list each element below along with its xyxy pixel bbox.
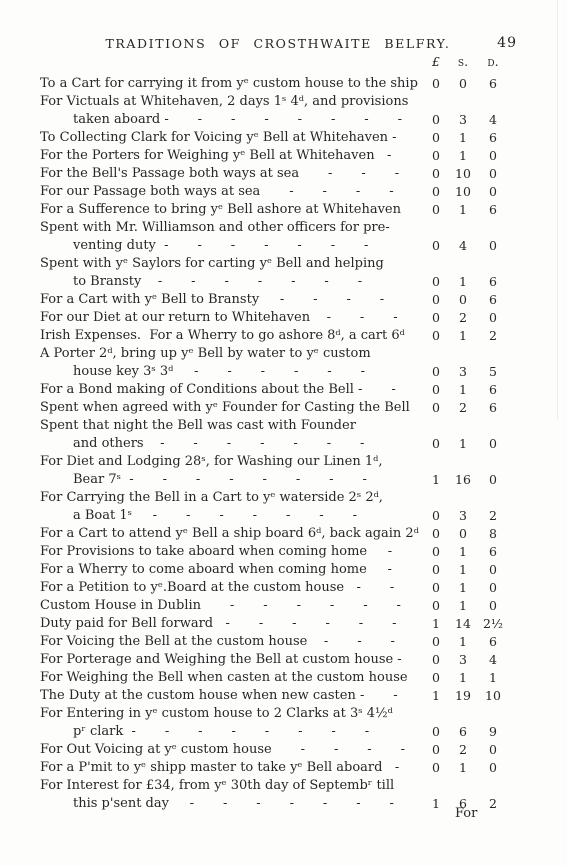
amount-pounds: 0 (424, 723, 448, 741)
ledger-entry: For Entering in yᵉ custom house to 2 Cla… (40, 705, 508, 741)
entry-line: Spent with Mr. Williamson and other offi… (40, 219, 424, 237)
ledger-entry: For the Porters for Weighing yᵉ Bell at … (40, 147, 508, 165)
amount-pence: 9 (478, 723, 508, 741)
ledger-entry: For Diet and Lodging 28ˢ, for Washing ou… (40, 453, 508, 489)
amount-pence: 0 (478, 183, 508, 201)
ledger-entry: For Carrying the Bell in a Cart to yᵉ wa… (40, 489, 508, 525)
pence-column-header: d. (478, 54, 508, 70)
amount-shillings: 6 (448, 723, 478, 741)
entry-line: For the Bell's Passage both ways at sea … (40, 165, 424, 183)
page-number: 49 (497, 35, 517, 51)
amount-pence: 0 (478, 759, 508, 777)
amount-pounds: 0 (424, 633, 448, 651)
ledger-entry: For our Diet at our return to Whitehaven… (40, 309, 508, 327)
entry-line: this p'sent day - - - - - - - (40, 795, 424, 813)
entry-line: For our Diet at our return to Whitehaven… (40, 309, 424, 327)
amount-pounds: 0 (424, 741, 448, 759)
amount-pounds: 1 (424, 615, 448, 633)
amount-shillings: 3 (448, 363, 478, 381)
amount-shillings: 1 (448, 381, 478, 399)
shillings-column-header: s. (448, 54, 478, 70)
entry-line: Bear 7ˢ - - - - - - - - (40, 471, 424, 489)
entry-line: Custom House in Dublin - - - - - - (40, 597, 424, 615)
amount-pence: 4 (478, 651, 508, 669)
entry-line: a Boat 1ˢ - - - - - - - (40, 507, 424, 525)
entry-line: venting duty - - - - - - - (40, 237, 424, 255)
amount-shillings: 4 (448, 237, 478, 255)
amount-shillings: 3 (448, 507, 478, 525)
amount-shillings: 10 (448, 165, 478, 183)
amount-shillings: 10 (448, 183, 478, 201)
entry-line: For Carrying the Bell in a Cart to yᵉ wa… (40, 489, 424, 507)
amount-pounds: 0 (424, 183, 448, 201)
amount-shillings: 1 (448, 543, 478, 561)
amount-pence: 0 (478, 237, 508, 255)
entry-line: For Voicing the Bell at the custom house… (40, 633, 424, 651)
ledger-entry: Spent with yᵉ Saylors for carting yᵉ Bel… (40, 255, 508, 291)
entry-line: For Victuals at Whitehaven, 2 days 1ˢ 4ᵈ… (40, 93, 424, 111)
amount-shillings: 1 (448, 669, 478, 687)
amount-pence: 0 (478, 597, 508, 615)
entry-line: For a Cart to attend yᵉ Bell a ship boar… (40, 525, 424, 543)
ledger-entry: To a Cart for carrying it from yᵉ custom… (40, 75, 508, 93)
ledger-entry: Irish Expenses. For a Wherry to go ashor… (40, 327, 508, 345)
amount-pounds: 0 (424, 75, 448, 93)
amount-shillings: 2 (448, 741, 478, 759)
amount-shillings: 3 (448, 111, 478, 129)
amount-pounds: 0 (424, 651, 448, 669)
amount-pounds: 0 (424, 129, 448, 147)
amount-shillings: 1 (448, 327, 478, 345)
amount-shillings: 1 (448, 759, 478, 777)
amount-pounds: 0 (424, 579, 448, 597)
amount-shillings: 14 (448, 615, 478, 633)
ledger-entry: For a Cart with yᵉ Bell to Bransty - - -… (40, 291, 508, 309)
entry-line: For Out Voicing at yᵉ custom house - - -… (40, 741, 424, 759)
amount-pounds: 0 (424, 525, 448, 543)
amount-shillings: 0 (448, 525, 478, 543)
ledger-entry: For a Bond making of Conditions about th… (40, 381, 508, 399)
amount-pounds: 0 (424, 363, 448, 381)
entry-line: house key 3ˢ 3ᵈ - - - - - - (40, 363, 424, 381)
amount-pence: 0 (478, 471, 508, 489)
amount-pence: 10 (478, 687, 508, 705)
amount-shillings: 1 (448, 579, 478, 597)
ledger-entry: For Interest for £34, from yᵉ 30th day o… (40, 777, 508, 813)
running-title: TRADITIONS OF CROSTHWAITE BELFRY. (58, 36, 498, 51)
money-column-headers: £ s. d. (40, 54, 508, 70)
amount-pounds: 1 (424, 795, 448, 813)
amount-shillings: 1 (448, 633, 478, 651)
entry-line: For a Bond making of Conditions about th… (40, 381, 424, 399)
catchword: For (455, 806, 477, 821)
amount-pence: 6 (478, 291, 508, 309)
entry-line: For a Petition to yᵉ.Board at the custom… (40, 579, 424, 597)
ledger-entry: A Porter 2ᵈ, bring up yᵉ Bell by water t… (40, 345, 508, 381)
amount-shillings: 19 (448, 687, 478, 705)
amount-shillings: 1 (448, 201, 478, 219)
amount-shillings: 1 (448, 273, 478, 291)
amount-pence: 0 (478, 561, 508, 579)
ledger-entry: For our Passage both ways at sea - - - -… (40, 183, 508, 201)
entry-line: taken aboard - - - - - - - - (40, 111, 424, 129)
amount-pence: 0 (478, 147, 508, 165)
ledger-entry: Duty paid for Bell forward - - - - - -11… (40, 615, 508, 633)
entry-line: For the Porters for Weighing yᵉ Bell at … (40, 147, 424, 165)
amount-pence: 0 (478, 741, 508, 759)
amount-pounds: 0 (424, 669, 448, 687)
amount-shillings: 2 (448, 399, 478, 417)
amount-shillings: 1 (448, 129, 478, 147)
ledger-rows: To a Cart for carrying it from yᵉ custom… (40, 75, 508, 813)
amount-pounds: 0 (424, 381, 448, 399)
amount-pounds: 0 (424, 147, 448, 165)
entry-line: To Collecting Clark for Voicing yᵉ Bell … (40, 129, 424, 147)
amount-pence: 2 (478, 327, 508, 345)
amount-shillings: 16 (448, 471, 478, 489)
book-page: TRADITIONS OF CROSTHWAITE BELFRY. 49 £ s… (0, 0, 567, 866)
entry-line: Duty paid for Bell forward - - - - - - (40, 615, 424, 633)
entry-line: and others - - - - - - - (40, 435, 424, 453)
entry-line: For a Cart with yᵉ Bell to Bransty - - -… (40, 291, 424, 309)
ledger-entry: Spent with Mr. Williamson and other offi… (40, 219, 508, 255)
amount-pounds: 0 (424, 201, 448, 219)
amount-pounds: 1 (424, 471, 448, 489)
amount-pounds: 0 (424, 561, 448, 579)
amount-pence: 2 (478, 795, 508, 813)
amount-pence: 8 (478, 525, 508, 543)
ledger-entry: To Collecting Clark for Voicing yᵉ Bell … (40, 129, 508, 147)
ledger-entry: For Voicing the Bell at the custom house… (40, 633, 508, 651)
ledger-entry: For Out Voicing at yᵉ custom house - - -… (40, 741, 508, 759)
amount-pence: 0 (478, 435, 508, 453)
amount-pounds: 0 (424, 309, 448, 327)
entry-line: For Diet and Lodging 28ˢ, for Washing ou… (40, 453, 424, 471)
entry-line: To a Cart for carrying it from yᵉ custom… (40, 75, 424, 93)
amount-pence: 6 (478, 381, 508, 399)
amount-pence: 6 (478, 129, 508, 147)
amount-pounds: 0 (424, 435, 448, 453)
amount-pence: 4 (478, 111, 508, 129)
amount-pounds: 0 (424, 327, 448, 345)
pounds-column-header: £ (424, 54, 448, 70)
amount-pence: 6 (478, 399, 508, 417)
amount-pence: 0 (478, 579, 508, 597)
ledger-entry: For a Sufference to bring yᵉ Bell ashore… (40, 201, 508, 219)
amount-shillings: 1 (448, 561, 478, 579)
entry-line: For Porterage and Weighing the Bell at c… (40, 651, 424, 669)
scan-edge-artifact (557, 0, 558, 420)
ledger-entry: For a Wherry to come aboard when coming … (40, 561, 508, 579)
amount-pence: 2½ (478, 615, 508, 633)
amount-pence: 0 (478, 165, 508, 183)
amount-pence: 2 (478, 507, 508, 525)
amount-pence: 6 (478, 543, 508, 561)
ledger-entry: For Porterage and Weighing the Bell at c… (40, 651, 508, 669)
amount-pounds: 0 (424, 507, 448, 525)
ledger-entry: For the Bell's Passage both ways at sea … (40, 165, 508, 183)
entry-line: The Duty at the custom house when new ca… (40, 687, 424, 705)
ledger-entry: For Weighing the Bell when casten at the… (40, 669, 508, 687)
amount-shillings: 1 (448, 147, 478, 165)
amount-pounds: 1 (424, 687, 448, 705)
amount-pounds: 0 (424, 165, 448, 183)
entry-line: Spent with yᵉ Saylors for carting yᵉ Bel… (40, 255, 424, 273)
amount-pounds: 0 (424, 111, 448, 129)
entry-line: to Bransty - - - - - - - (40, 273, 424, 291)
ledger-entry: Spent that night the Bell was cast with … (40, 417, 508, 453)
amount-pence: 1 (478, 669, 508, 687)
ledger-entry: Custom House in Dublin - - - - - -010 (40, 597, 508, 615)
amount-pence: 0 (478, 309, 508, 327)
amount-pence: 6 (478, 75, 508, 93)
amount-pounds: 0 (424, 543, 448, 561)
ledger-entry: For Victuals at Whitehaven, 2 days 1ˢ 4ᵈ… (40, 93, 508, 129)
amount-pounds: 0 (424, 291, 448, 309)
entry-line: For Interest for £34, from yᵉ 30th day o… (40, 777, 424, 795)
amount-pounds: 0 (424, 399, 448, 417)
entry-line: For a Wherry to come aboard when coming … (40, 561, 424, 579)
amount-pounds: 0 (424, 759, 448, 777)
amount-shillings: 0 (448, 75, 478, 93)
entry-line: pʳ clark - - - - - - - - (40, 723, 424, 741)
entry-line: For Weighing the Bell when casten at the… (40, 669, 424, 687)
entry-line: Irish Expenses. For a Wherry to go ashor… (40, 327, 424, 345)
ledger-entry: For a P'mit to yᵉ shipp master to take y… (40, 759, 508, 777)
amount-pence: 6 (478, 633, 508, 651)
amount-shillings: 3 (448, 651, 478, 669)
entry-line: For Entering in yᵉ custom house to 2 Cla… (40, 705, 424, 723)
entry-line: For Provisions to take aboard when comin… (40, 543, 424, 561)
amount-pence: 5 (478, 363, 508, 381)
amount-pounds: 0 (424, 237, 448, 255)
ledger-entry: Spent when agreed with yᵉ Founder for Ca… (40, 399, 508, 417)
amount-pence: 6 (478, 273, 508, 291)
ledger-entry: For a Petition to yᵉ.Board at the custom… (40, 579, 508, 597)
amount-pence: 6 (478, 201, 508, 219)
entry-line: A Porter 2ᵈ, bring up yᵉ Bell by water t… (40, 345, 424, 363)
ledger-entry: The Duty at the custom house when new ca… (40, 687, 508, 705)
amount-shillings: 0 (448, 291, 478, 309)
entry-line: For our Passage both ways at sea - - - - (40, 183, 424, 201)
amount-pounds: 0 (424, 597, 448, 615)
ledger-entry: For Provisions to take aboard when comin… (40, 543, 508, 561)
entry-line: For a P'mit to yᵉ shipp master to take y… (40, 759, 424, 777)
amount-pounds: 0 (424, 273, 448, 291)
amount-shillings: 2 (448, 309, 478, 327)
entry-line: Spent when agreed with yᵉ Founder for Ca… (40, 399, 424, 417)
amount-shillings: 1 (448, 597, 478, 615)
amount-shillings: 1 (448, 435, 478, 453)
entry-line: Spent that night the Bell was cast with … (40, 417, 424, 435)
ledger-entry: For a Cart to attend yᵉ Bell a ship boar… (40, 525, 508, 543)
entry-line: For a Sufference to bring yᵉ Bell ashore… (40, 201, 424, 219)
